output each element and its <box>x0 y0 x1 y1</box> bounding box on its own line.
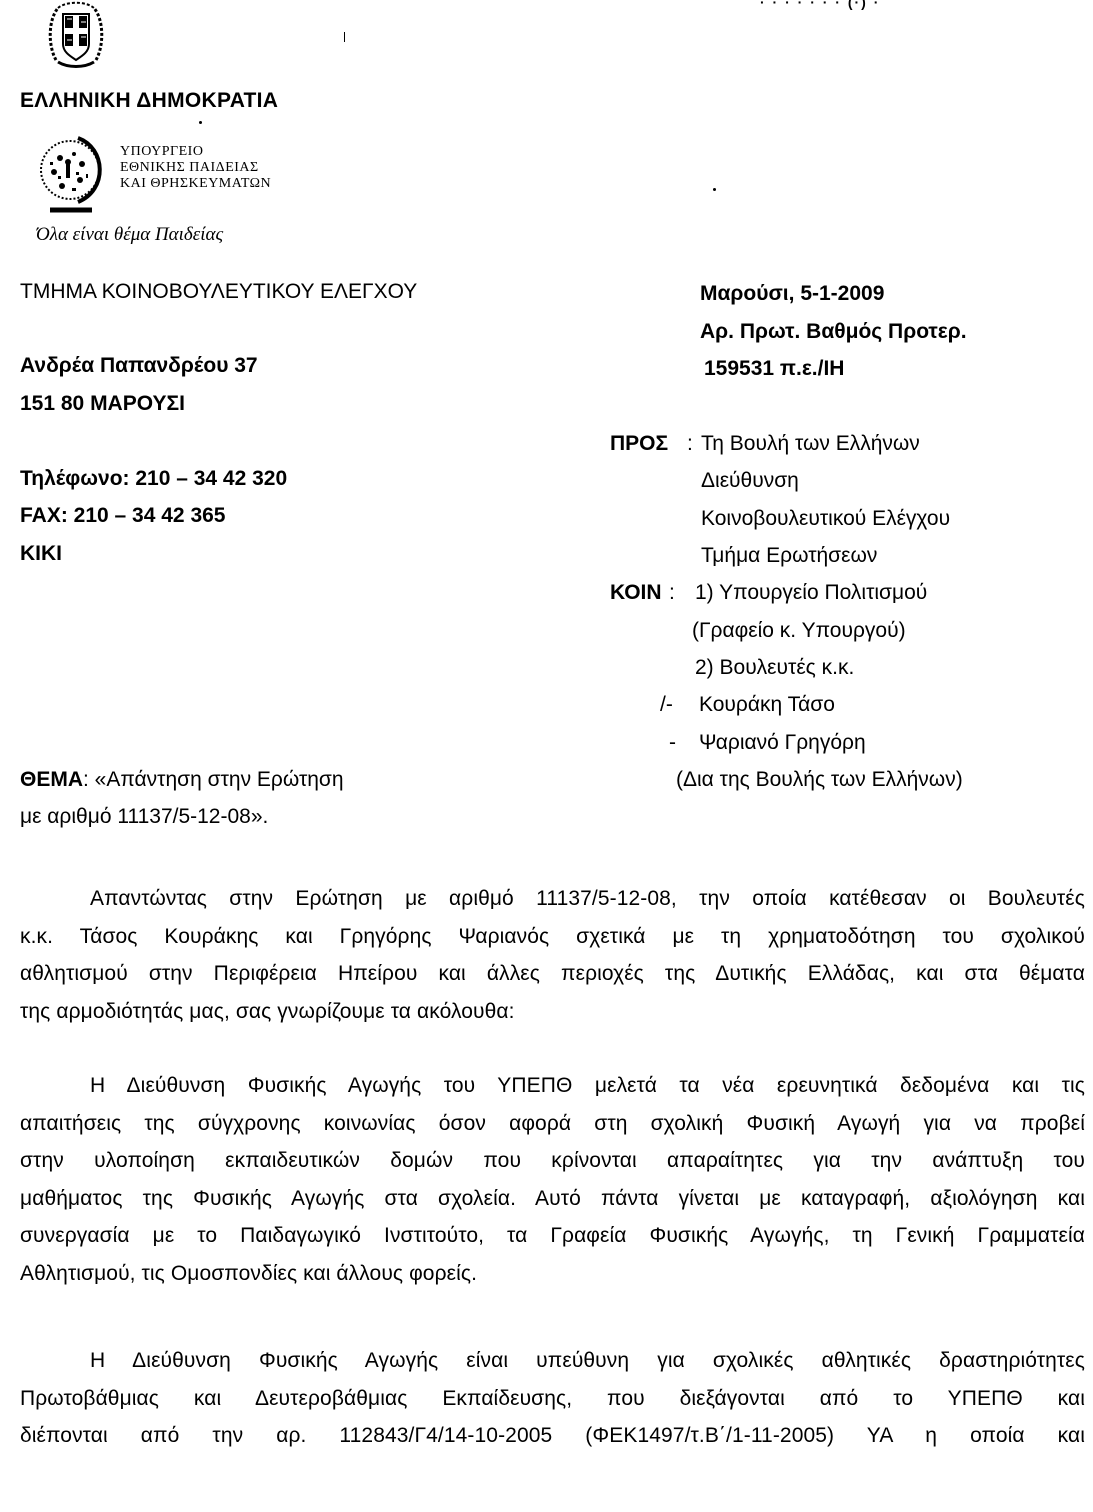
text-line: απαιτήσεις της σύγχρονης κοινωνίας όσον … <box>20 1105 1085 1143</box>
protocol-number: 159531 π.ε./ΙΗ <box>704 357 844 381</box>
cc-dash: /- <box>660 693 673 717</box>
to-label: ΠΡΟΣ <box>610 432 668 456</box>
text-line: συνεργασία με το Παιδαγωγικό Ινστιτούτο,… <box>20 1217 1085 1255</box>
text-line: Απαντώντας στην Ερώτηση με αριθμό 11137/… <box>20 880 1085 918</box>
cc-line: 1) Υπουργείο Πολιτισμού <box>695 581 927 605</box>
subject-line-2: με αριθμό 11137/5-12-08». <box>20 805 268 829</box>
text-line: Αθλητισμού, τις Ομοσπονδίες και άλλους φ… <box>20 1255 1085 1293</box>
text-line: Η Διεύθυνση Φυσικής Αγωγής είναι υπεύθυν… <box>20 1342 1085 1380</box>
fax-number: FAX: 210 – 34 42 365 <box>20 504 225 528</box>
text-line: Πρωτοβάθμιας και Δευτεροβάθμιας Εκπαίδευ… <box>20 1380 1085 1418</box>
subject-text: : «Απάντηση στην Ερώτηση <box>83 768 344 791</box>
cc-line: 2) Βουλευτές κ.κ. <box>695 656 854 680</box>
body-paragraph-2: Η Διεύθυνση Φυσικής Αγωγής του ΥΠΕΠΘ μελ… <box>20 1067 1085 1292</box>
cc-colon: : <box>669 581 675 605</box>
subject-line-1: ΘΕΜΑ: «Απάντηση στην Ερώτηση <box>20 768 344 792</box>
body-paragraph-1: Απαντώντας στην Ερώτηση με αριθμό 11137/… <box>20 880 1085 1030</box>
cc-dash: - <box>669 731 676 755</box>
recipient-line: Τμήμα Ερωτήσεων <box>701 544 877 568</box>
text-line: Η Διεύθυνση Φυσικής Αγωγής του ΥΠΕΠΘ μελ… <box>20 1067 1085 1105</box>
ministry-line: ΚΑΙ ΘΡΗΣΚΕΥΜΑΤΩΝ <box>120 176 271 192</box>
protocol-labels: Αρ. Πρωτ. Βαθμός Προτερ. <box>700 320 967 344</box>
phone-number: Τηλέφωνο: 210 – 34 42 320 <box>20 467 287 491</box>
cc-line: (Γραφείο κ. Υπουργού) <box>692 619 906 643</box>
address-city: 151 80 ΜΑΡΟΥΣΙ <box>20 392 185 416</box>
cc-line: (Δια της Βουλής των Ελλήνων) <box>676 768 963 792</box>
scan-artifact <box>344 32 345 42</box>
address-street: Ανδρέα Παπανδρέου 37 <box>20 354 258 378</box>
text-line: της αρμοδιότητάς μας, σας γνωρίζουμε τα … <box>20 993 1085 1031</box>
place-date: Μαρούσι, 5-1-2009 <box>700 282 884 306</box>
ministry-line: ΕΘΝΙΚΗΣ ΠΑΙΔΕΙΑΣ <box>120 160 271 176</box>
body-paragraph-3: Η Διεύθυνση Φυσικής Αγωγής είναι υπεύθυν… <box>20 1342 1085 1455</box>
republic-heading: ΕΛΛΗΝΙΚΗ ΔΗΜΟΚΡΑΤΙΑ <box>20 89 278 113</box>
text-line: αθλητισμού στην Περιφέρεια Ηπείρου και ά… <box>20 955 1085 993</box>
subject-label: ΘΕΜΑ <box>20 768 83 791</box>
author-initials: ΚΙΚΙ <box>20 542 62 566</box>
department-name: ΤΜΗΜΑ ΚΟΙΝΟΒΟΥΛΕΥΤΙΚΟΥ ΕΛΕΓΧΟΥ <box>20 280 417 304</box>
scan-artifact <box>713 188 716 191</box>
text-line: διέπονται από την αρ. 112843/Γ4/14-10-20… <box>20 1417 1085 1455</box>
globe-logo-icon <box>36 134 116 220</box>
greek-coat-of-arms-icon <box>48 0 104 68</box>
to-colon: : <box>687 432 693 456</box>
text-line: μαθήματος της Φυσικής Αγωγής στα σχολεία… <box>20 1180 1085 1218</box>
recipient-line: Τη Βουλή των Ελλήνων <box>701 432 920 456</box>
cc-label: ΚΟΙΝ <box>610 581 662 605</box>
ministry-motto: Όλα είναι θέμα Παιδείας <box>36 224 223 246</box>
recipient-line: Διεύθυνση <box>701 469 799 493</box>
recipient-line: Κοινοβουλευτικού Ελέγχου <box>701 507 950 531</box>
ministry-line: ΥΠΟΥΡΓΕΙΟ <box>120 144 271 160</box>
ministry-name: ΥΠΟΥΡΓΕΙΟ ΕΘΝΙΚΗΣ ΠΑΙΔΕΙΑΣ ΚΑΙ ΘΡΗΣΚΕΥΜΑ… <box>120 144 271 192</box>
scan-artifact-marks: · · · · · · · (·) · <box>760 0 880 10</box>
text-line: στην υλοποίηση εκπαιδευτικών δομών που κ… <box>20 1142 1085 1180</box>
scan-artifact <box>199 121 202 124</box>
text-line: κ.κ. Τάσος Κουράκης και Γρηγόρης Ψαριανό… <box>20 918 1085 956</box>
cc-line: Κουράκη Τάσο <box>699 693 835 717</box>
cc-line: Ψαριανό Γρηγόρη <box>699 731 866 755</box>
